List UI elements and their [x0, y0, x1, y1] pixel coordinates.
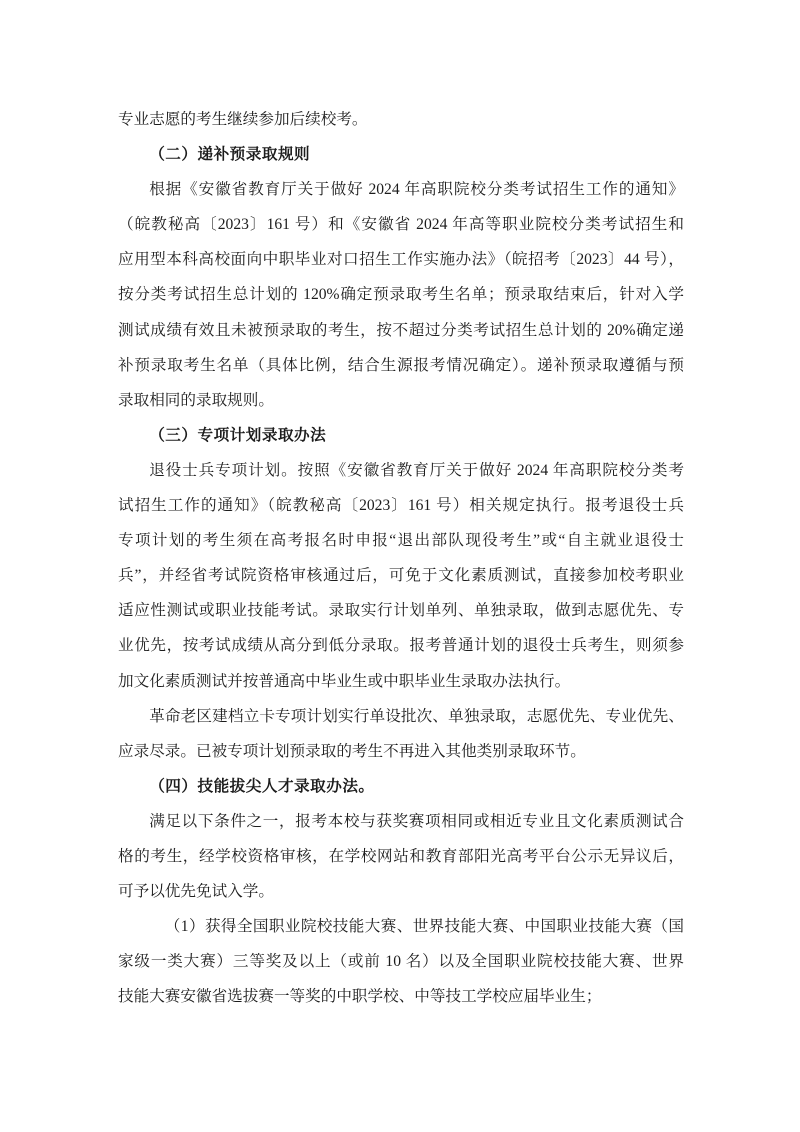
text-line: 格的考生，经学校资格审核，在学校网站和教育部阳光高考平台公示无异议后，	[118, 839, 684, 874]
text-line: 测试成绩有效且未被预录取的考生，按不超过分类考试招生总计划的 20%确定递	[118, 313, 684, 348]
text-line: 可予以优先免试入学。	[118, 874, 684, 909]
text-line: 满足以下条件之一，报考本校与获奖赛项相同或相近专业且文化素质测试合	[118, 804, 684, 839]
text-line: 试招生工作的通知》（皖教秘高〔2023〕161 号）相关规定执行。报考退役士兵	[118, 488, 684, 523]
text-line: （1）获得全国职业院校技能大赛、世界技能大赛、中国职业技能大赛（国	[118, 909, 684, 944]
text-line: 按分类考试招生总计划的 120%确定预录取考生名单；预录取结束后，针对入学	[118, 277, 684, 312]
text-line: 兵”，并经省考试院资格审核通过后，可免于文化素质测试，直接参加校考职业	[118, 558, 684, 593]
text-line: 录取相同的录取规则。	[118, 383, 684, 418]
text-line: 适应性测试或职业技能考试。录取实行计划单列、单独录取，做到志愿优先、专	[118, 593, 684, 628]
text-line: 加文化素质测试并按普通高中毕业生或中职毕业生录取办法执行。	[118, 664, 684, 699]
text-line: 应录尽录。已被专项计划预录取的考生不再进入其他类别录取环节。	[118, 734, 684, 769]
text-line: 革命老区建档立卡专项计划实行单设批次、单独录取，志愿优先、专业优先、	[118, 699, 684, 734]
text-line: 应用型本科高校面向中职毕业对口招生工作实施办法》（皖招考〔2023〕44 号），	[118, 242, 684, 277]
text-line: 退役士兵专项计划。按照《安徽省教育厅关于做好 2024 年高职院校分类考	[118, 453, 684, 488]
section-heading: （三）专项计划录取办法	[118, 418, 684, 453]
text-line: 专项计划的考生须在高考报名时申报“退出部队现役考生”或“自主就业退役士	[118, 523, 684, 558]
text-line: （皖教秘高〔2023〕161 号）和《安徽省 2024 年高等职业院校分类考试招…	[118, 207, 684, 242]
section-heading: （二）递补预录取规则	[118, 137, 684, 172]
text-line: 根据《安徽省教育厅关于做好 2024 年高职院校分类考试招生工作的通知》	[118, 172, 684, 207]
document-page: 专业志愿的考生继续参加后续校考。（二）递补预录取规则根据《安徽省教育厅关于做好 …	[118, 102, 684, 1014]
text-line: 业优先，按考试成绩从高分到低分录取。报考普通计划的退役士兵考生，则须参	[118, 628, 684, 663]
text-line: 家级一类大赛）三等奖及以上（或前 10 名）以及全国职业院校技能大赛、世界	[118, 944, 684, 979]
text-line: 技能大赛安徽省选拔赛一等奖的中职学校、中等技工学校应届毕业生；	[118, 979, 684, 1014]
text-line: 补预录取考生名单（具体比例，结合生源报考情况确定）。递补预录取遵循与预	[118, 348, 684, 383]
section-heading: （四）技能拔尖人才录取办法。	[118, 769, 684, 804]
text-line: 专业志愿的考生继续参加后续校考。	[118, 102, 684, 137]
